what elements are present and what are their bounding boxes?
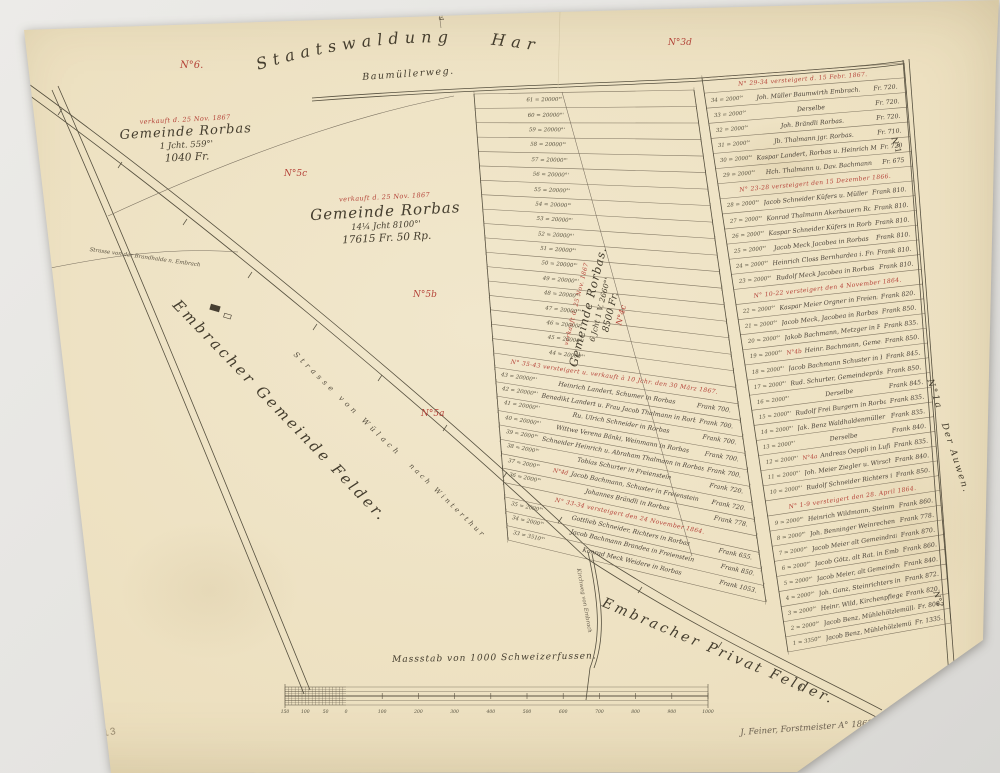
road-tick [503, 472, 507, 478]
strip-line [727, 225, 918, 244]
strip-line [756, 417, 933, 441]
archive-label: PLAN P 75A.13 [28, 726, 118, 751]
strip-line [752, 387, 931, 410]
strip-line [702, 78, 788, 652]
scale-tick-label: 800 [631, 710, 640, 715]
strip-line [783, 594, 948, 622]
scale-tick-label: 100 [301, 710, 310, 715]
strip-line [505, 497, 759, 553]
strip-line [779, 564, 946, 592]
strip-line [759, 431, 935, 455]
parcel-strip-lines [474, 60, 952, 654]
scale-tick-label: 100 [378, 710, 387, 715]
road-main [26, 82, 882, 710]
strip-line [508, 540, 766, 602]
scale-tick-label: 200 [414, 710, 423, 715]
strip-line [495, 367, 738, 403]
parcel-number-n5b: N°5b [413, 290, 437, 300]
building-block [209, 304, 220, 313]
strip-line [725, 210, 917, 229]
building-outline [224, 313, 232, 319]
strip-line [768, 490, 940, 516]
strip-line [711, 122, 909, 138]
strip-line [720, 181, 914, 199]
road-tick [313, 324, 317, 330]
scale-tick-label: 900 [668, 710, 677, 715]
strip-line [474, 94, 508, 540]
parcel-number-n5c: N°5c [284, 169, 307, 179]
strip-line [736, 284, 923, 305]
strip-line [754, 402, 932, 425]
strip-line [481, 180, 708, 189]
svg-text:Staatswaldung Hard: Staatswaldung Hard [0, 0, 542, 74]
strip-line [763, 461, 937, 486]
strip-line [729, 240, 919, 259]
scale-tick-label: 700 [595, 710, 604, 715]
road-main-edge2 [22, 90, 878, 718]
parcel-number-n5a: N°5a [421, 409, 444, 419]
road-left-branch [58, 86, 310, 690]
strip-line [718, 166, 913, 184]
map-scan: Staatswaldung Hard Baumüllerweg. Weg N°3… [0, 0, 1000, 773]
scale-tick-label: 1000 [702, 710, 713, 715]
strip-line [772, 520, 942, 546]
scale-tick-label: 300 [450, 710, 459, 715]
strip-line [770, 505, 941, 531]
scale-tick-label: 500 [523, 710, 532, 715]
scale-tick-label: 400 [487, 710, 496, 715]
strip-line [738, 299, 924, 320]
strip-line [477, 137, 701, 139]
parcel-block-n5b: verkauft d. 25 Nov. 1867 Gemeinde Rorbas… [292, 188, 479, 249]
strip-line [731, 255, 920, 275]
strip-line [904, 63, 951, 623]
buildings [209, 304, 231, 319]
price-value: 1040 Fr. [165, 150, 210, 164]
strip-line [501, 454, 752, 503]
strip-line [786, 608, 950, 637]
strip-line [500, 439, 749, 486]
scale-bar [285, 684, 708, 708]
strip-line [507, 526, 764, 586]
parcel-number-n6: N°6. [180, 60, 203, 71]
road-tick [248, 272, 252, 278]
strip-line [496, 382, 741, 421]
label-weg-top: Weg [436, 7, 446, 21]
paper-sheet: Staatswaldung Hard Baumüllerweg. Weg N°3… [0, 0, 1000, 773]
title-arc-svg: Staatswaldung Hard [0, 0, 1000, 120]
strip-line [504, 482, 757, 535]
strip-line [788, 623, 951, 652]
strip-line [777, 549, 945, 576]
map-title: Staatswaldung Hard [0, 0, 542, 74]
strip-line [722, 196, 915, 214]
strip-line [503, 468, 755, 519]
strip-line [506, 511, 762, 569]
parcel-block-n6: verkauft d. 25 Nov. 1867 Gemeinde Rorbas… [100, 111, 272, 168]
strip-line [765, 476, 938, 501]
scale-tick-label: 600 [559, 710, 568, 715]
strip-line [478, 152, 703, 157]
parcel-number-n3d: N°3d [668, 38, 692, 48]
strip-line [761, 446, 936, 471]
road-tick [378, 375, 382, 381]
strip-line [734, 269, 922, 289]
strip-line [781, 579, 947, 607]
scale-tick-label: 0 [345, 710, 348, 715]
strip-line [713, 137, 910, 154]
strip-line [747, 358, 928, 380]
strip-line [750, 372, 930, 395]
strip-line [774, 535, 943, 562]
strip-line [479, 166, 705, 173]
paper-surface: Staatswaldung Hard Baumüllerweg. Weg N°3… [0, 0, 1000, 773]
road-tick [183, 219, 187, 225]
scale-tick-label: 50 [323, 710, 329, 715]
strip-line [716, 151, 912, 168]
strip-line [482, 195, 711, 206]
scale-tick-label: 150 [281, 710, 290, 715]
